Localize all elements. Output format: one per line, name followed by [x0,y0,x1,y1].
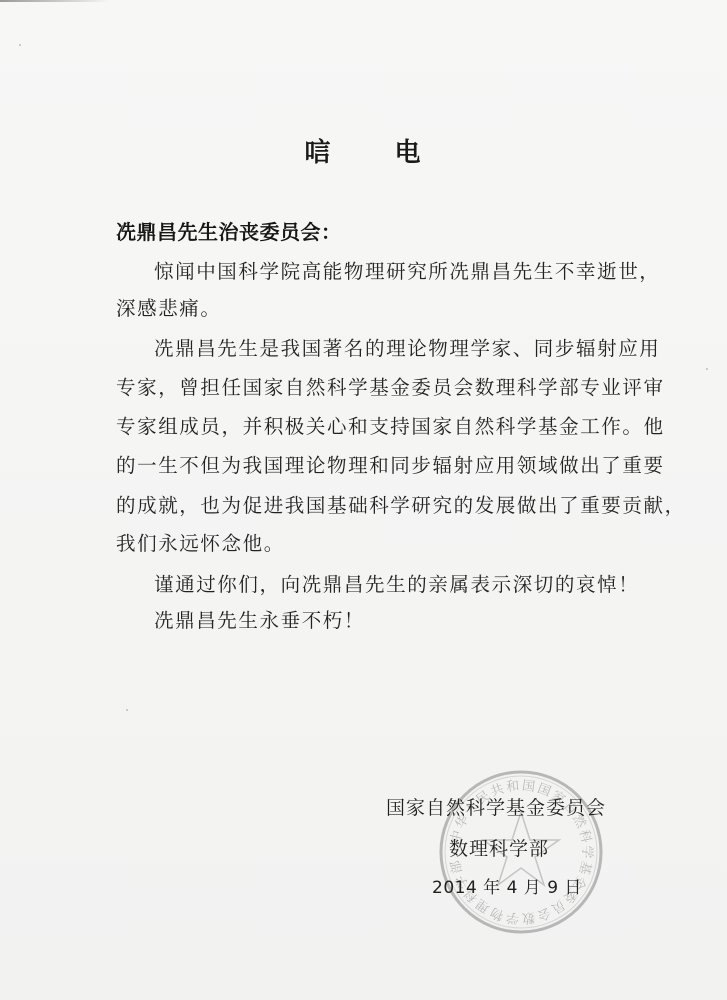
body-line: 专家，曾担任国家自然科学基金委员会数理科学部专业评审 [116,372,665,400]
title-char: 唁 [304,132,332,169]
body-line: 冼鼎昌先生永垂不朽！ [154,605,365,633]
body-line: 专家组成员，并积极关心和支持国家自然科学基金工作。他 [116,411,665,439]
body-line: 我们永远怀念他。 [116,528,285,556]
body-line: 冼鼎昌先生是我国著名的理论物理学家、同步辐射应用 [154,333,660,361]
signature-department: 数理科学部 [449,834,549,861]
body-line: 深感悲痛。 [116,293,222,321]
salutation: 冼鼎昌先生治丧委员会： [116,216,342,245]
title-char: 电 [395,132,423,169]
document-title: 唁电 [0,132,727,169]
scan-speck [706,368,708,370]
body-line: 惊闻中国科学院高能物理研究所冼鼎昌先生不幸逝世， [154,256,660,284]
body-line: 谨通过你们，向冼鼎昌先生的亲属表示深切的哀悼！ [154,569,639,597]
signature-date: 2014 年 4 月 9 日 [432,873,582,898]
signature-organization: 国家自然科学基金委员会 [386,793,606,820]
body-line: 的成就，也为促进我国基础科学研究的发展做出了重要贡献， [116,490,686,518]
document-page: 唁电 冼鼎昌先生治丧委员会： 惊闻中国科学院高能物理研究所冼鼎昌先生不幸逝世， … [0,0,727,1000]
scan-speck [19,44,21,46]
scan-speck [126,709,128,711]
scan-edge [0,0,110,2]
body-line: 的一生不但为我国理论物理和同步辐射应用领域做出了重要 [116,450,665,478]
